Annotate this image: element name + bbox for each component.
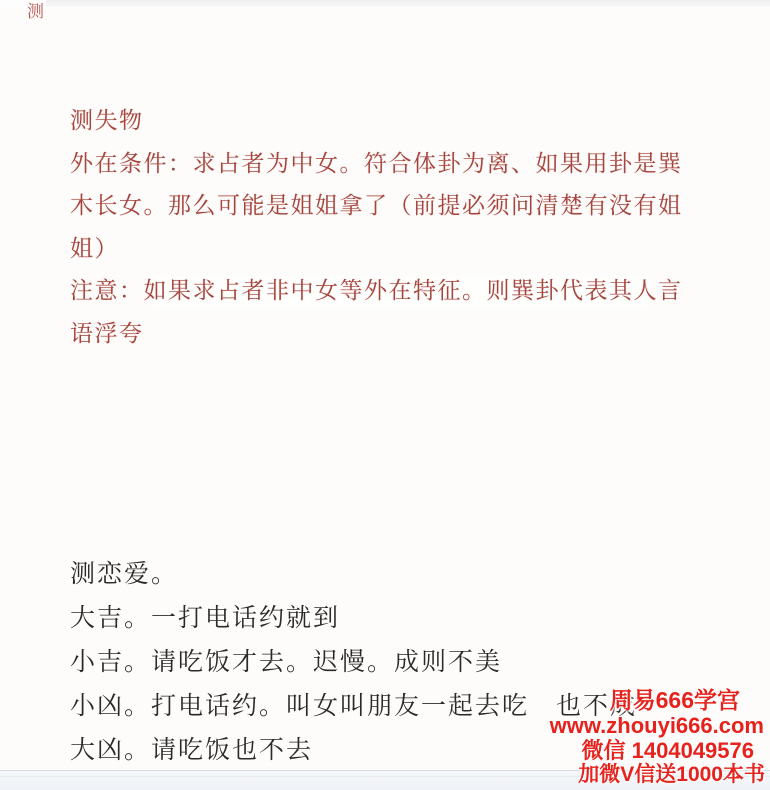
red-text-line: 姐）	[70, 228, 710, 271]
watermark-wechat-id: 微信 1404049576	[448, 738, 768, 763]
black-text-line: 小吉。请吃饭才去。迟慢。成则不美	[70, 640, 730, 684]
watermark-brand-name: 周易666学宫	[448, 688, 768, 713]
watermark-promo-text: 加微V信送1000本书	[448, 763, 768, 787]
red-section-heading: 测失物	[70, 100, 710, 143]
corner-stray-character: 测	[27, 2, 44, 22]
page-top-edge-strip	[0, 0, 770, 6]
black-text-line: 大吉。一打电话约就到	[70, 596, 730, 640]
red-text-line: 语浮夸	[70, 313, 710, 356]
watermark-website-url: www.zhouyi666.com	[448, 713, 768, 738]
watermark-block: 周易666学宫 www.zhouyi666.com 微信 1404049576 …	[448, 688, 768, 787]
black-section-heading: 测恋爱。	[70, 552, 730, 596]
red-text-line: 注意：如果求占者非中女等外在特征。则巽卦代表其人言	[70, 270, 710, 313]
red-text-section: 测失物 外在条件：求占者为中女。符合体卦为离、如果用卦是巽 木长女。那么可能是姐…	[70, 100, 710, 355]
red-text-line: 木长女。那么可能是姐姐拿了（前提必须问清楚有没有姐	[70, 185, 710, 228]
red-text-line: 外在条件：求占者为中女。符合体卦为离、如果用卦是巽	[70, 143, 710, 186]
